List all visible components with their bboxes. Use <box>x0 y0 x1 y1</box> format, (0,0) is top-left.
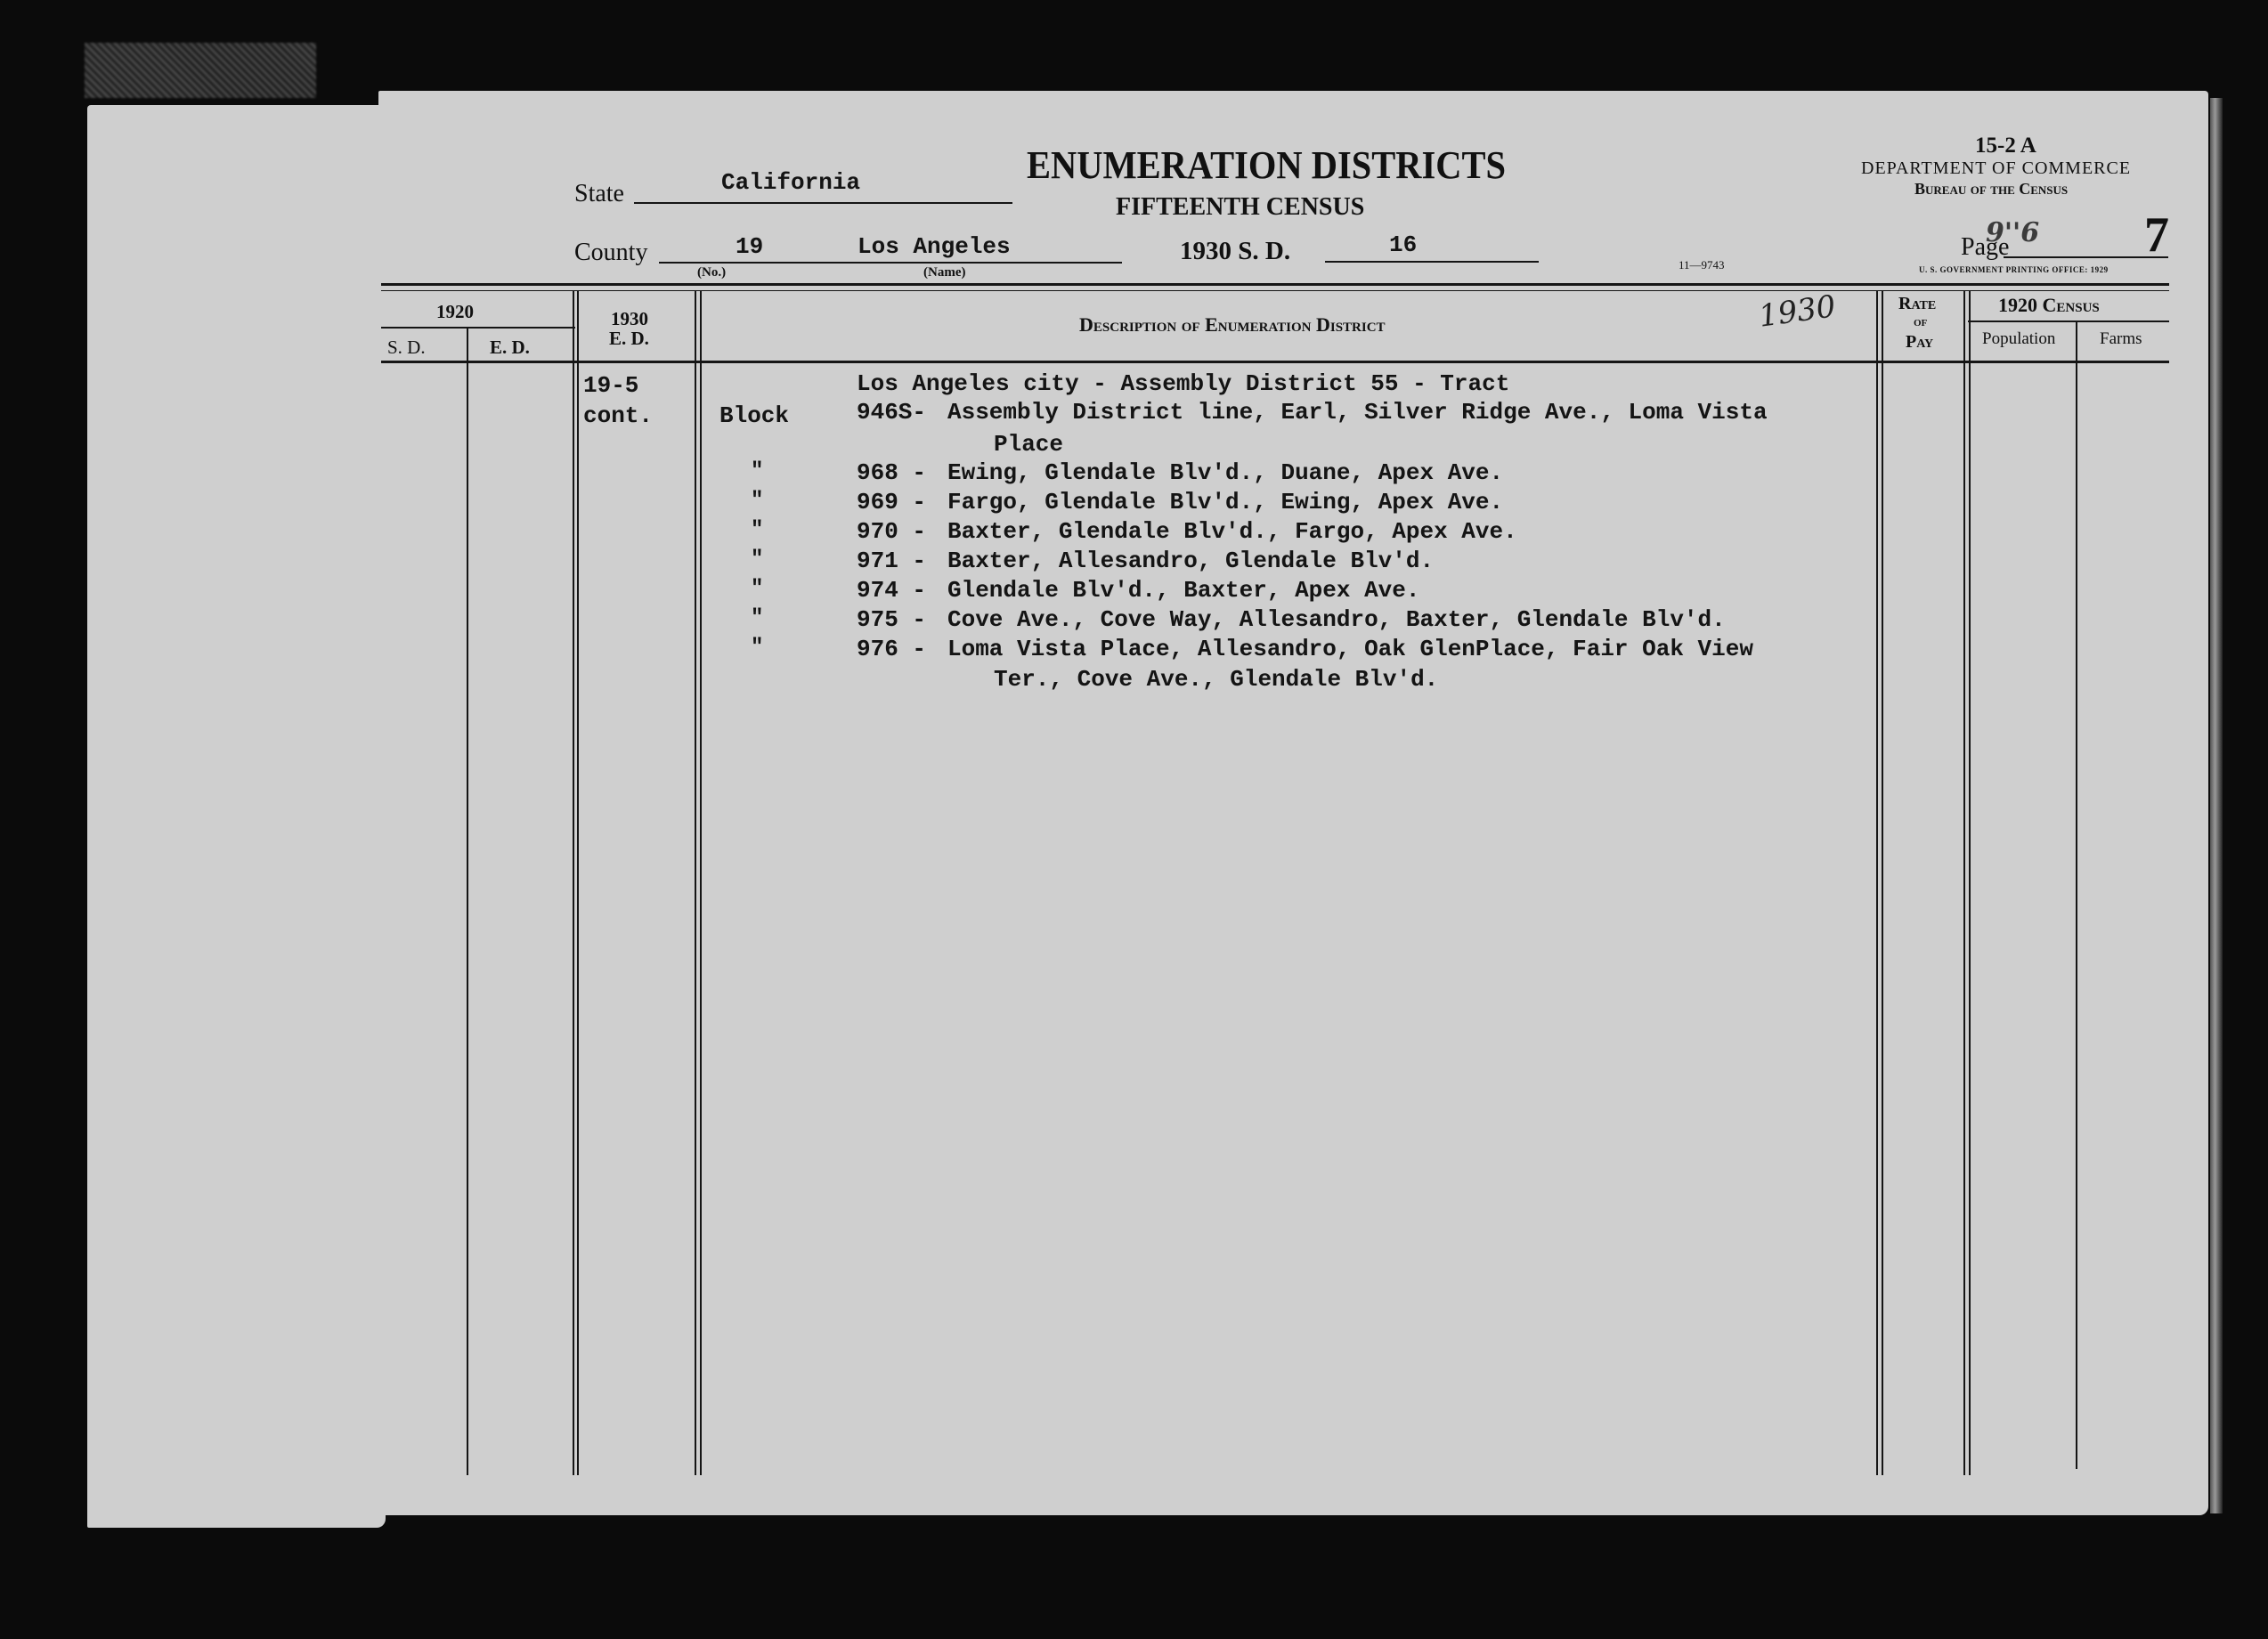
stacked-page-edge <box>2210 98 2223 1513</box>
header-rate-pay: Pay <box>1906 332 1933 353</box>
left-blank-card <box>87 105 386 1528</box>
state-label: State <box>574 180 624 208</box>
county-label: County <box>574 239 647 267</box>
block-description: Loma Vista Place, Allesandro, Oak GlenPl… <box>947 636 1753 662</box>
col-divider-sd-ed <box>467 327 468 1475</box>
header-rate-of: of <box>1914 315 1927 330</box>
block-description: Assembly District line, Earl, Silver Rid… <box>947 399 1768 426</box>
header-1920-subrule <box>381 327 575 329</box>
state-value: California <box>721 169 860 196</box>
col-divider-rate-b <box>1882 291 1883 1475</box>
table-top-rule <box>381 283 2169 286</box>
header-bottom-rule <box>381 361 2169 363</box>
binding-texture <box>85 43 316 98</box>
ditto-mark: " <box>751 489 763 513</box>
ditto-mark: " <box>751 518 763 542</box>
header-1920-ed: E. D. <box>490 337 530 359</box>
block-description: Baxter, Glendale Blv'd., Fargo, Apex Ave… <box>947 518 1517 545</box>
ditto-mark: " <box>751 548 763 572</box>
county-underline <box>659 262 1122 264</box>
block-description-cont: Ter., Cove Ave., Glendale Blv'd. <box>994 666 1438 693</box>
col-divider-rate-a <box>1876 291 1878 1475</box>
header-census-subrule <box>1968 320 2169 322</box>
county-number: 19 <box>736 233 763 260</box>
table-top-rule-thin <box>381 290 2169 291</box>
col-divider-1930-b <box>700 291 702 1475</box>
block-description: Cove Ave., Cove Way, Allesandro, Baxter,… <box>947 606 1726 633</box>
form-number: 15-2 A <box>1975 134 2036 158</box>
ditto-mark: " <box>751 577 763 601</box>
header-1930-ed: E. D. <box>609 328 649 350</box>
block-description: Ewing, Glendale Blv'd., Duane, Apex Ave. <box>947 459 1503 486</box>
county-name: Los Angeles <box>858 233 1011 260</box>
county-no-caption: (No.) <box>697 265 726 280</box>
header-1920: 1920 <box>436 301 474 323</box>
sd-value: 16 <box>1389 231 1417 258</box>
ditto-mark: " <box>751 606 763 630</box>
print-code: 11—9743 <box>1679 258 1725 272</box>
block-number: 970 - <box>857 518 926 545</box>
block-number: 946S- <box>857 399 926 426</box>
ditto-mark: " <box>751 636 763 660</box>
col-divider-1920-a <box>573 291 574 1475</box>
ed-continued: cont. <box>583 402 653 429</box>
ed-number: 19-5 <box>583 372 638 399</box>
header-population: Population <box>1982 329 2055 349</box>
ditto-mark: " <box>751 459 763 483</box>
printing-office: U. S. GOVERNMENT PRINTING OFFICE: 1929 <box>1919 265 2109 274</box>
block-description: Fargo, Glendale Blv'd., Ewing, Apex Ave. <box>947 489 1503 515</box>
form-title: ENUMERATION DISTRICTS <box>1027 142 1506 188</box>
col-divider-pop-farms <box>2076 320 2077 1469</box>
bureau-name: Bureau of the Census <box>1914 180 2068 199</box>
col-divider-census-a <box>1963 291 1965 1475</box>
col-divider-1920-b <box>577 291 579 1475</box>
department-name: DEPARTMENT OF COMMERCE <box>1861 158 2131 179</box>
sd-underline <box>1325 261 1539 263</box>
county-name-caption: (Name) <box>923 265 965 280</box>
header-1920-sd: S. D. <box>387 337 426 359</box>
sd-label: 1930 S. D. <box>1180 237 1290 266</box>
block-description: Baxter, Allesandro, Glendale Blv'd. <box>947 548 1434 574</box>
block-description-cont: Place <box>994 431 1063 458</box>
header-1920-census: 1920 Census <box>1998 294 2100 317</box>
form-subtitle: FIFTEENTH CENSUS <box>1116 193 1364 222</box>
header-farms: Farms <box>2100 329 2142 349</box>
city-assembly-line: Los Angeles city - Assembly District 55 … <box>857 370 1509 397</box>
block-description: Glendale Blv'd., Baxter, Apex Ave. <box>947 577 1420 604</box>
col-divider-census-b <box>1969 291 1971 1475</box>
block-number: 969 - <box>857 489 926 515</box>
state-underline <box>634 202 1012 204</box>
block-number: 975 - <box>857 606 926 633</box>
block-number: 976 - <box>857 636 926 662</box>
block-label: Block <box>719 402 789 429</box>
page-number: 7 <box>2144 207 2169 264</box>
col-divider-1930-a <box>695 291 696 1475</box>
block-number: 974 - <box>857 577 926 604</box>
header-rate: Rate <box>1898 294 1936 314</box>
page-smudge: 9''6 <box>1986 217 2039 248</box>
block-number: 968 - <box>857 459 926 486</box>
header-description: Description of Enumeration District <box>1079 313 1386 337</box>
block-number: 971 - <box>857 548 926 574</box>
